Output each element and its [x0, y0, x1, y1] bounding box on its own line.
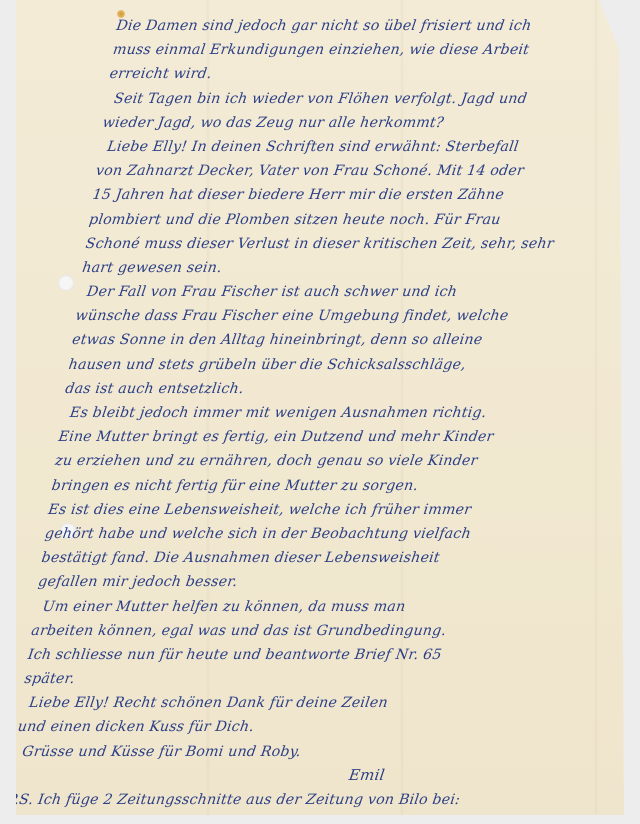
letter-line: plombiert und die Plomben sitzen heute n…: [87, 208, 640, 232]
letter-body: Die Damen sind jedoch gar nicht so übel …: [6, 14, 640, 812]
letter-line: arbeiten können, egal was und das ist Gr…: [30, 619, 593, 643]
letter-line: hausen und stets grübeln über die Schick…: [67, 353, 630, 377]
letter-line: Um einer Mutter helfen zu können, da mus…: [33, 595, 596, 619]
letter-line: gefallen mir jedoch besser.: [36, 570, 599, 594]
letter-line: Seit Tagen bin ich wieder von Flöhen ver…: [104, 87, 640, 111]
letter-line: Liebe Elly! In deinen Schriften sind erw…: [98, 135, 640, 159]
letter-line: Die Damen sind jedoch gar nicht so übel …: [115, 14, 640, 38]
postscript: P.S. Ich füge 2 Zeitungsschnitte aus der…: [6, 788, 569, 812]
letter-line: wieder Jagd, wo das Zeug nur alle herkom…: [101, 111, 640, 135]
letter-line: Es bleibt jedoch immer mit wenigen Ausna…: [60, 401, 623, 425]
letter-line: Grüsse und Küsse für Bomi und Roby.: [13, 740, 576, 764]
letter-line: das ist auch entsetzlich.: [64, 377, 627, 401]
letter-line: und einen dicken Kuss für Dich.: [16, 715, 579, 739]
letter-line: zu erziehen und zu ernähren, doch genau …: [53, 449, 616, 473]
signature: Emil: [348, 766, 386, 784]
letter-line: bringen es nicht fertig für eine Mutter …: [50, 474, 613, 498]
letter-line: von Zahnarzt Decker, Vater von Frau Scho…: [94, 159, 640, 183]
letter-line: wünsche dass Frau Fischer eine Umgebung …: [74, 304, 637, 328]
letter-line: hart gewesen sein.: [81, 256, 640, 280]
signature-row: Emil: [9, 764, 572, 788]
letter-line: bestätigt fand. Die Ausnahmen dieser Leb…: [40, 546, 603, 570]
letter-line: etwas Sonne in den Alltag hineinbringt, …: [70, 328, 633, 352]
letter-line: 15 Jahren hat dieser biedere Herr mir di…: [91, 183, 640, 207]
letter-line: Es ist dies eine Lebensweisheit, welche …: [47, 498, 610, 522]
letter-page: Die Damen sind jedoch gar nicht so übel …: [16, 0, 624, 815]
letter-line: gehört habe und welche sich in der Beoba…: [43, 522, 606, 546]
letter-line: später.: [23, 667, 586, 691]
letter-line: muss einmal Erkundigungen einziehen, wie…: [111, 38, 640, 62]
letter-line: Liebe Elly! Recht schönen Dank für deine…: [19, 691, 582, 715]
letter-line: Ich schliesse nun für heute und beantwor…: [26, 643, 589, 667]
letter-line: Der Fall von Frau Fischer ist auch schwe…: [77, 280, 640, 304]
letter-line: Eine Mutter bringt es fertig, ein Dutzen…: [57, 425, 620, 449]
punch-hole-top: [58, 275, 74, 291]
letter-line: erreicht wird.: [108, 62, 640, 86]
letter-line: Schoné muss dieser Verlust in dieser kri…: [84, 232, 640, 256]
